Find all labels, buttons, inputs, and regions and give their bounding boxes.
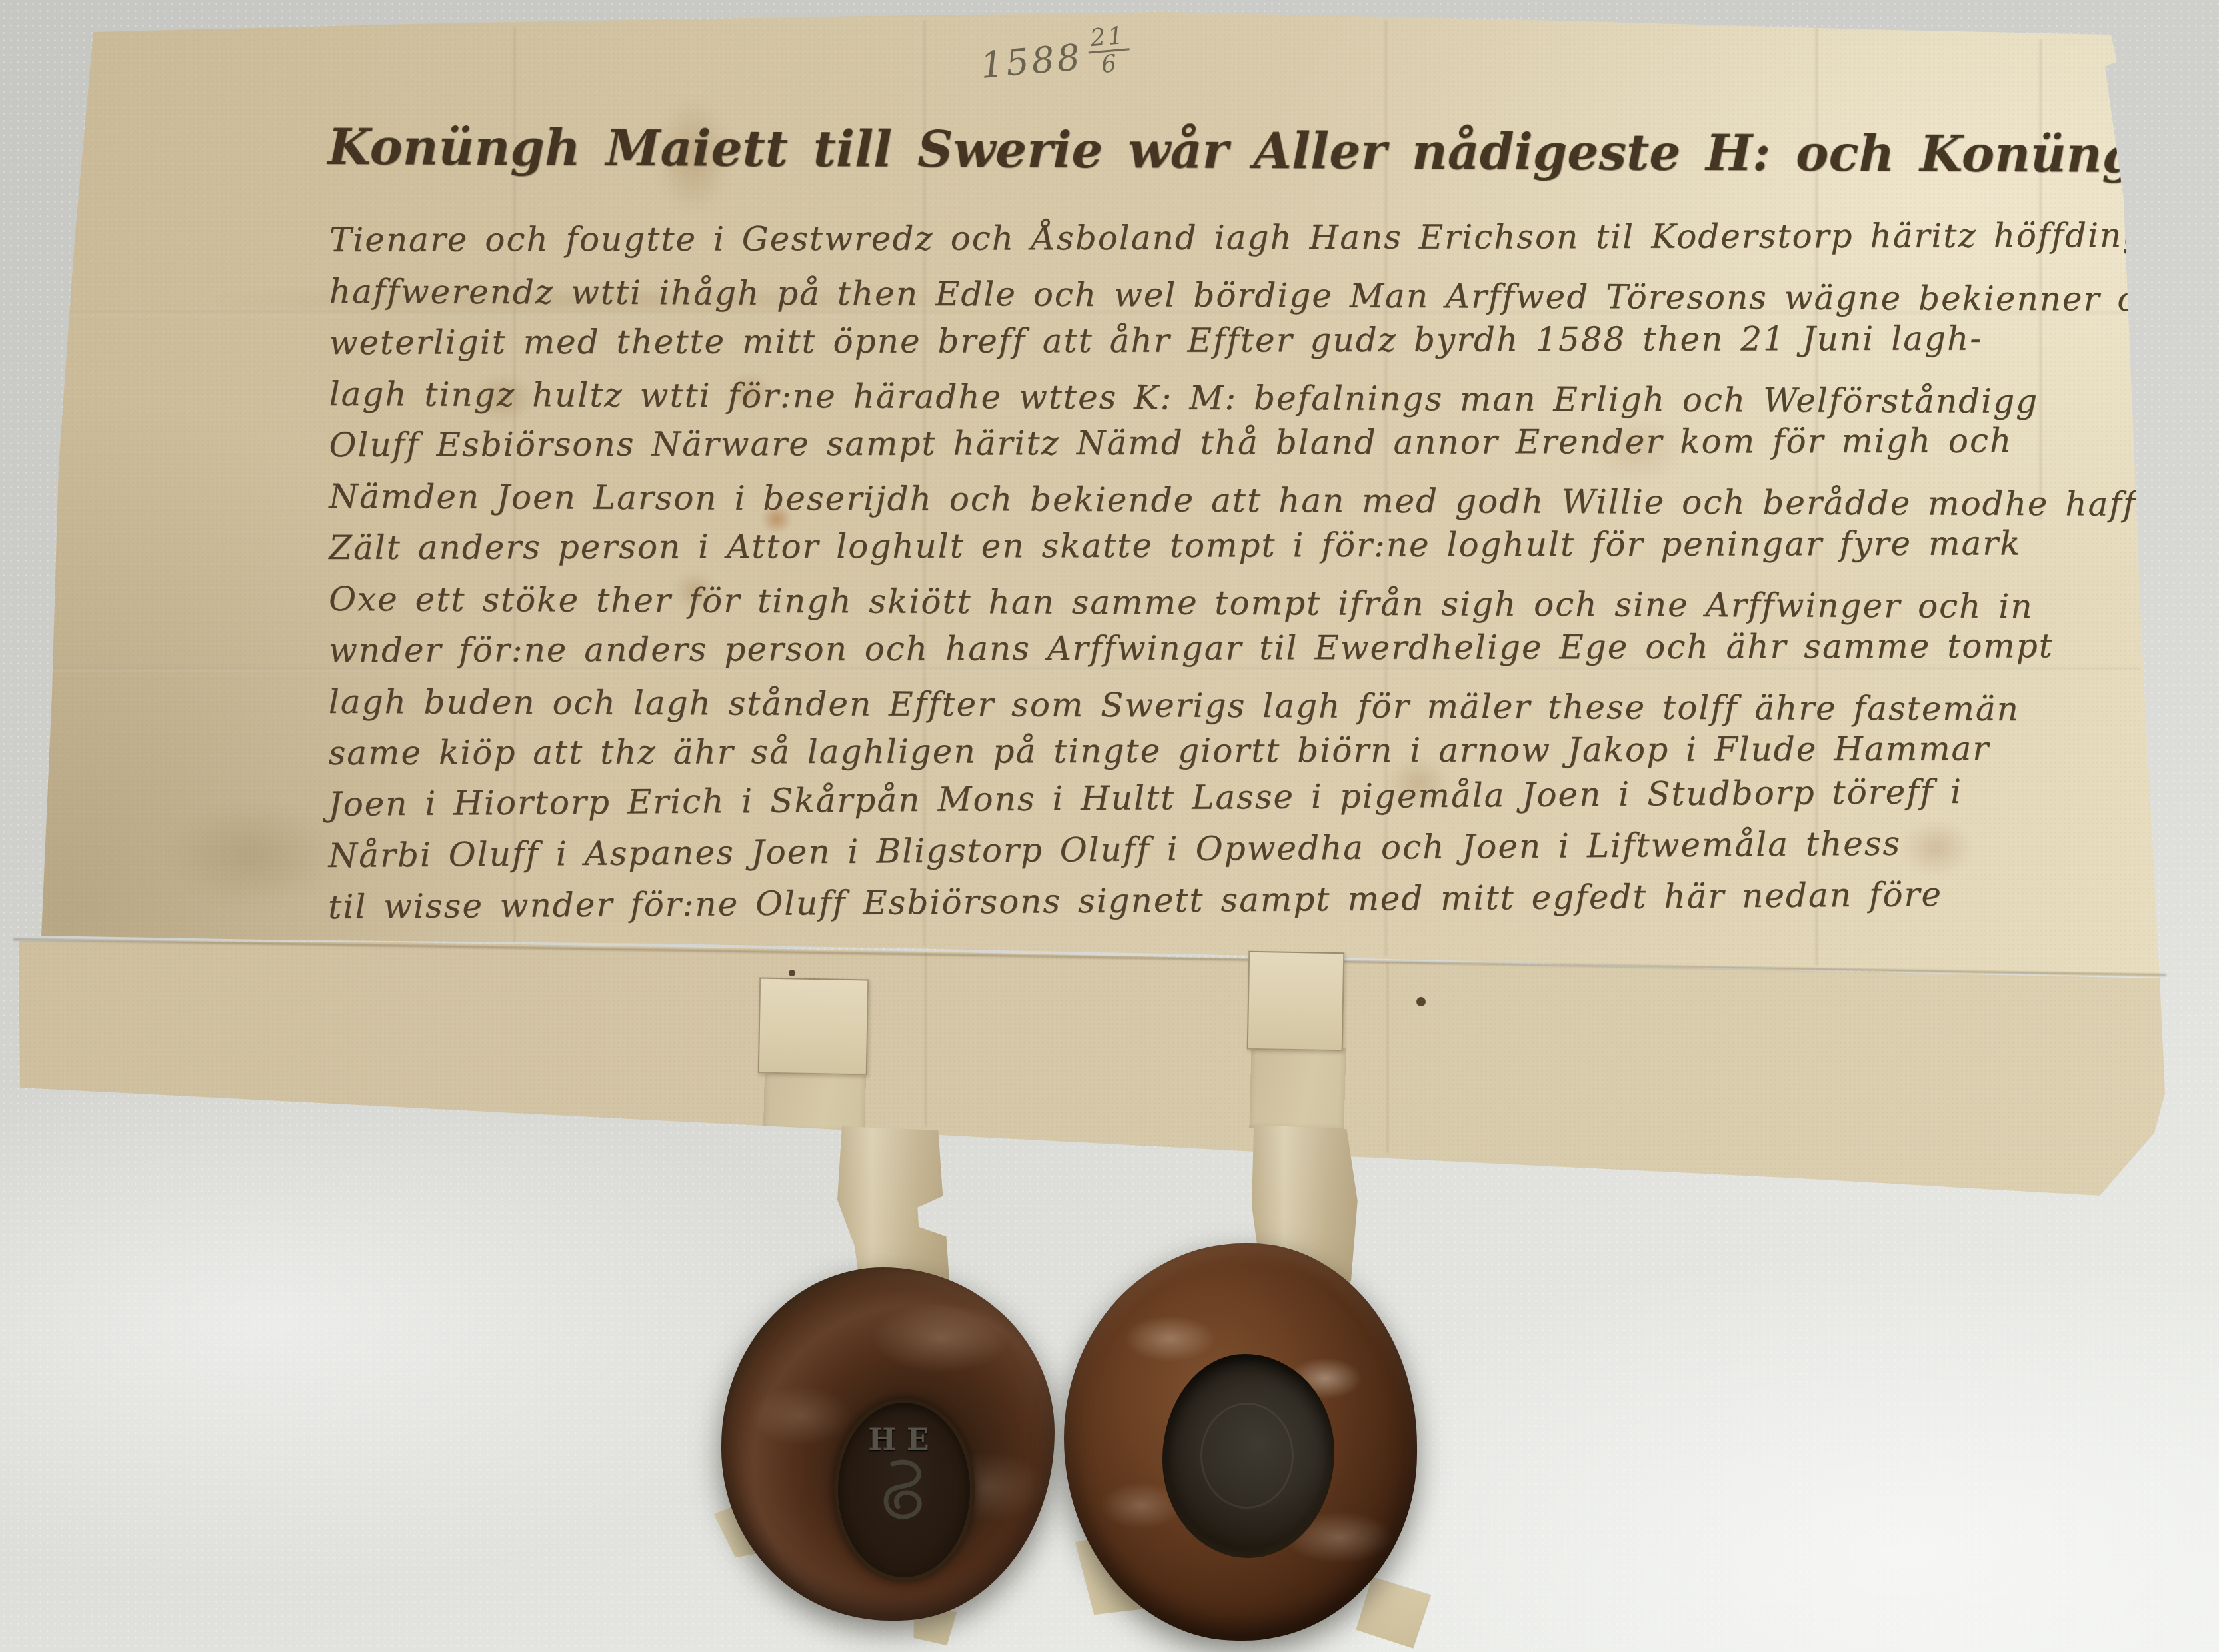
manuscript-line: Tienare och fougtte i Gestwredz och Åsbo… <box>329 210 2169 266</box>
tag-through-plica-right <box>1249 1045 1346 1130</box>
annotation-year: 1588 <box>979 36 1084 87</box>
wax-seal-right <box>1064 1243 1417 1641</box>
wax-seal-left: HE <box>721 1267 1055 1621</box>
manuscript-line: weterligit med thette mitt öpne breff at… <box>329 313 2169 369</box>
date-annotation: 1588216 <box>978 24 1132 87</box>
fold-crease-vertical <box>1385 960 1388 1153</box>
tag-slit-patch-left <box>758 978 869 1076</box>
annotation-month: 6 <box>1089 50 1132 77</box>
manuscript-line: Zält anders person i Attor loghult en sk… <box>329 518 2168 574</box>
fold-crease-vertical <box>923 946 927 1126</box>
seal-monogram-icon <box>833 1459 975 1541</box>
seal-stamp-matrix: HE <box>833 1398 975 1582</box>
seal-initials: HE <box>833 1423 975 1457</box>
manuscript-line: wnder för:ne anders person och hans Arff… <box>329 620 2168 676</box>
charter-body: Tienare och fougtte i Gestwredz och Åsbo… <box>328 215 2169 936</box>
annotation-day-month-fraction: 216 <box>1087 24 1132 77</box>
ink-spot <box>789 970 795 976</box>
photo-background: 1588216 Konüngh Maiett till Swerie wår A… <box>0 0 2219 1652</box>
charter-heading: Konüngh Maiett till Swerie wår Aller nåd… <box>328 119 2168 184</box>
annotation-day: 21 <box>1087 24 1130 53</box>
seal-impression-hollow <box>1162 1354 1334 1558</box>
manuscript-line: Oluff Esbiörsons Närware sampt häritz Nä… <box>329 415 2168 471</box>
ink-spot <box>1416 997 1426 1006</box>
tag-through-plica-left <box>763 1069 866 1133</box>
tag-slit-patch-right <box>1247 951 1345 1051</box>
